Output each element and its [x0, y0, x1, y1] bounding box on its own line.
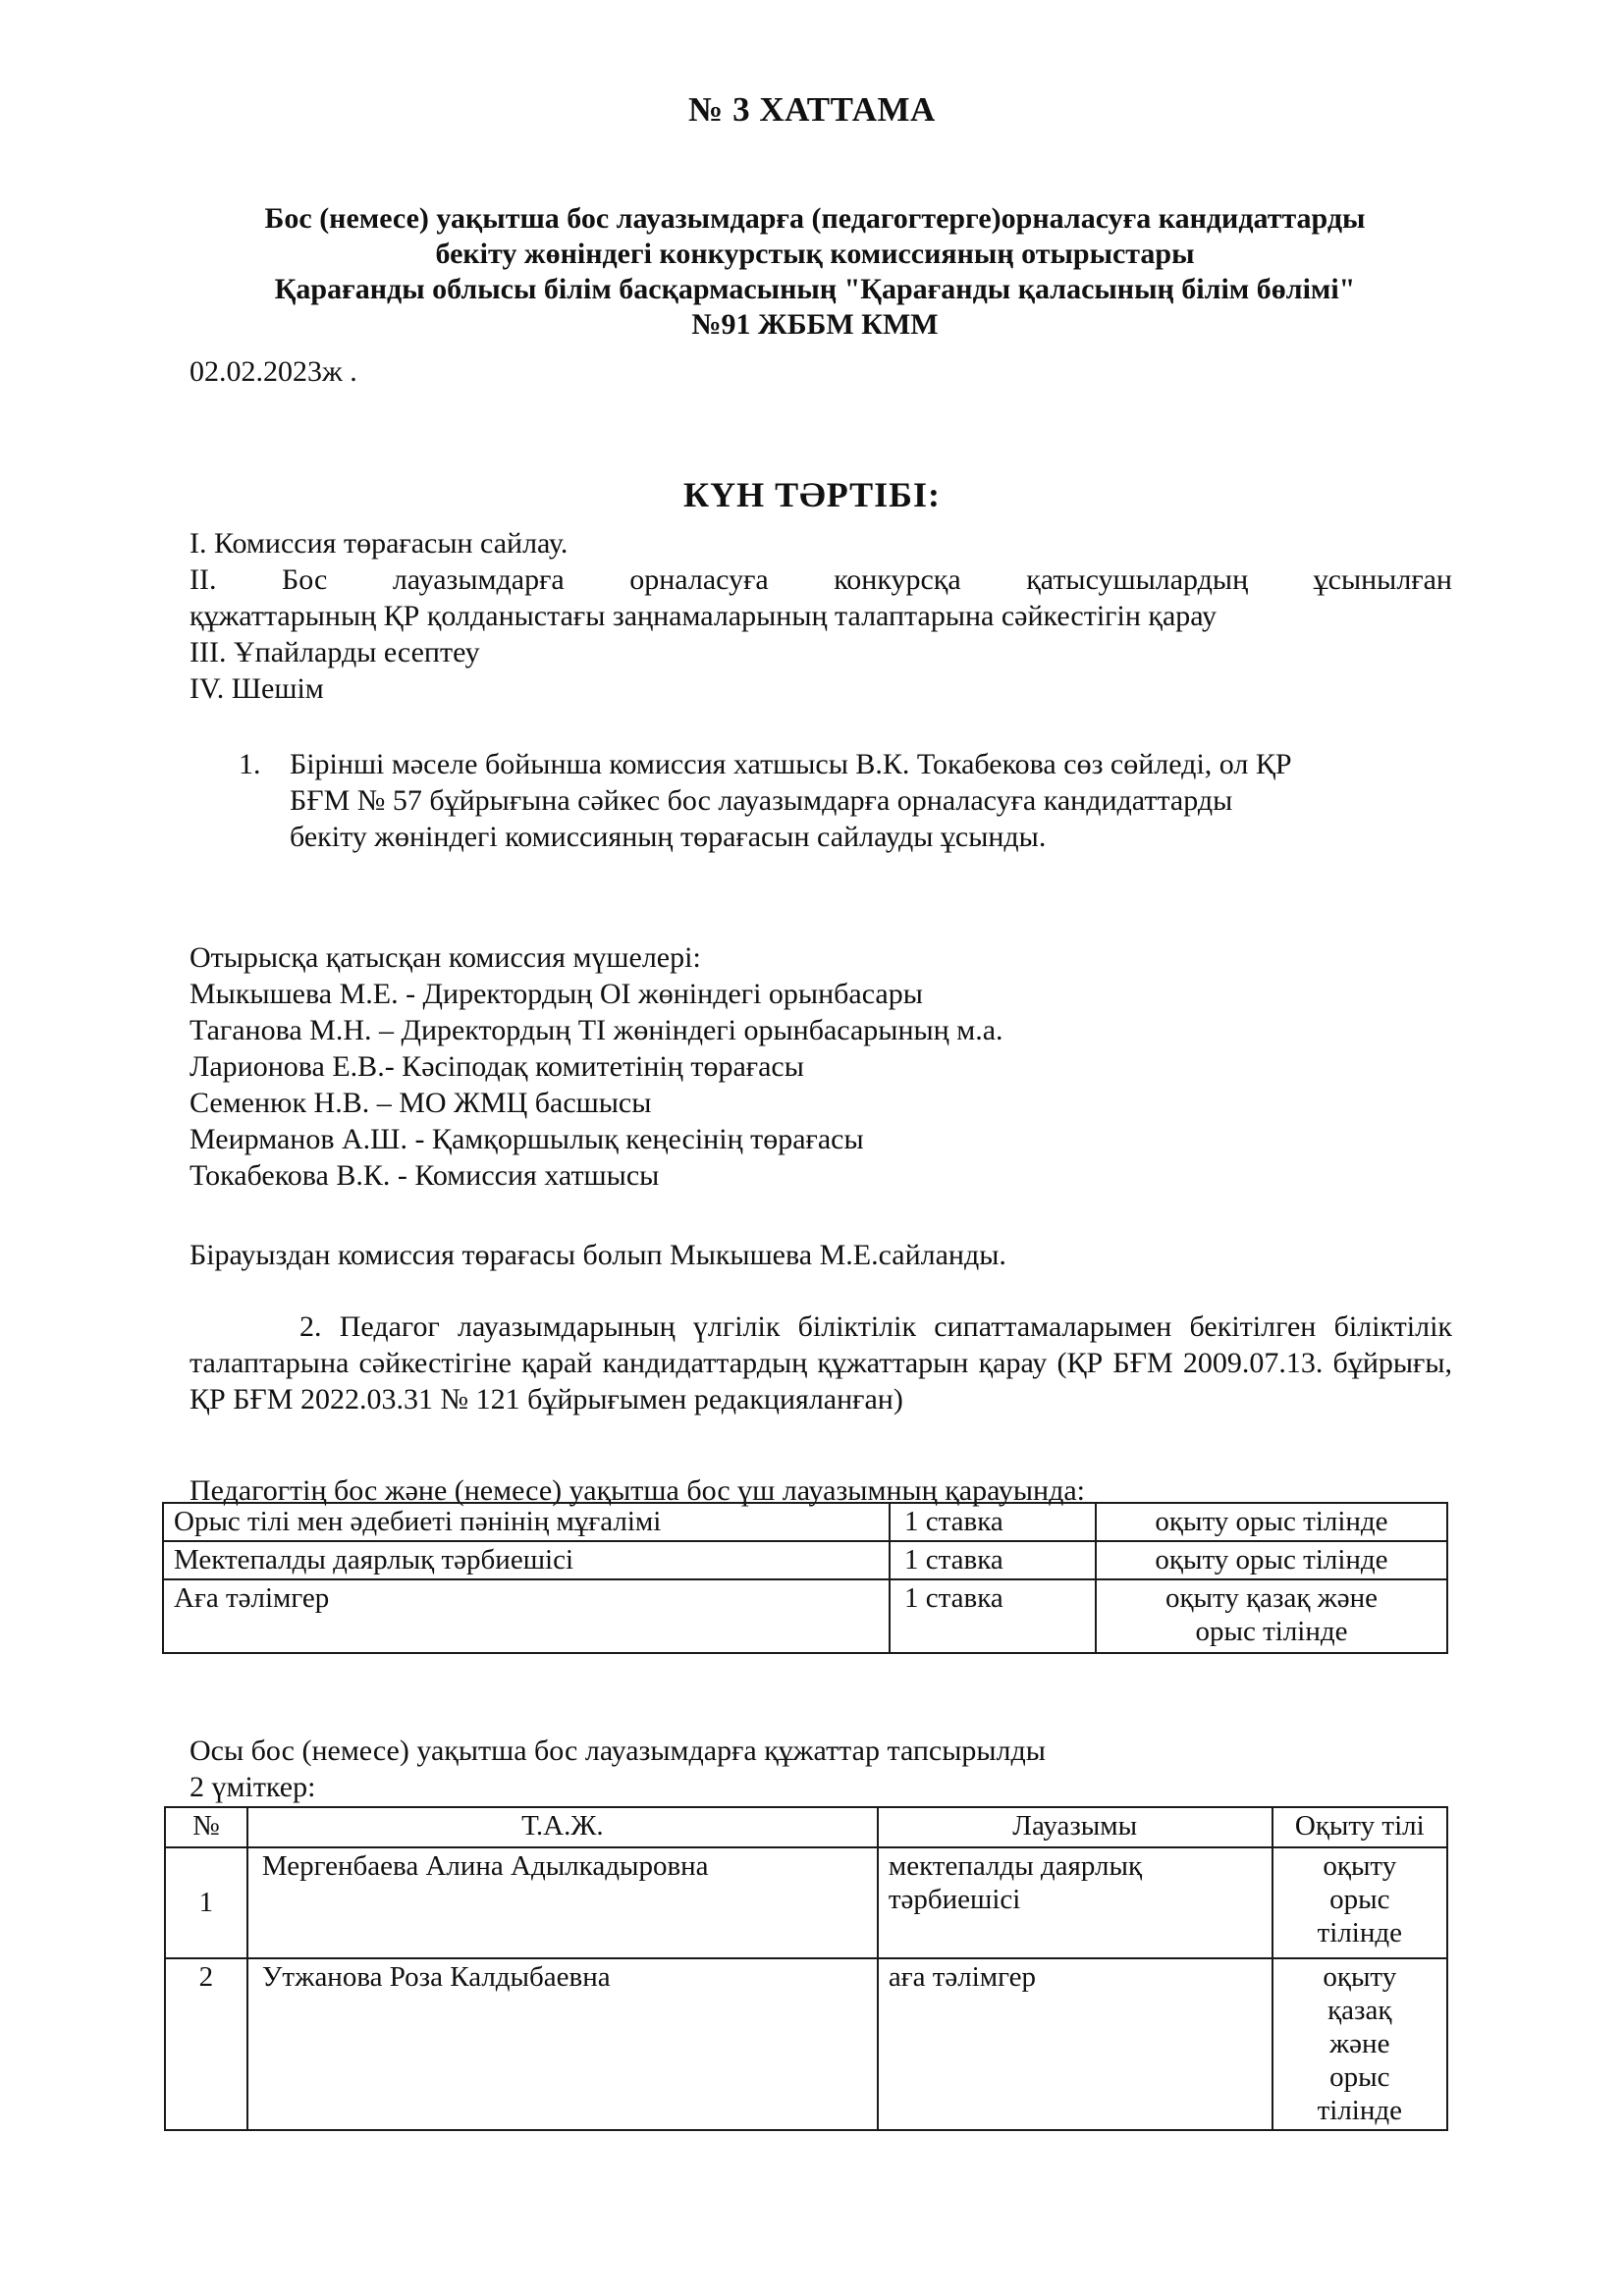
- header-name: Т.А.Ж.: [247, 1807, 878, 1847]
- member: Семенюк Н.В. – МО ЖМЦ басшысы: [189, 1085, 1368, 1121]
- subheading-line: №91 ЖББМ КММ: [177, 307, 1453, 343]
- vacancy-language: оқыту орыс тілінде: [1096, 1503, 1447, 1541]
- item-number: 1.: [239, 746, 261, 782]
- agenda-list: I. Комиссия төрағасын сайлау. II. Бос ла…: [189, 525, 1452, 707]
- agenda-item-continuation: құжаттарының ҚР қолданыстағы заңнамалары…: [189, 598, 1452, 634]
- agenda-item: I. Комиссия төрағасын сайлау.: [189, 525, 1452, 561]
- candidate-num: 2: [165, 1958, 247, 2130]
- subheading-line: Бос (немесе) уақытша бос лауазымдарға (п…: [177, 201, 1453, 237]
- vacancy-position: Орыс тілі мен әдебиеті пәнінің мұғалімі: [163, 1503, 890, 1541]
- table-row: Мектепалды даярлық тәрбиешісі 1 ставка о…: [163, 1541, 1447, 1579]
- agenda-item: IV. Шешім: [189, 670, 1452, 707]
- agenda-item: III. Ұпайларды есептеу: [189, 634, 1452, 670]
- member: Меирманов А.Ш. - Қамқоршылық кеңесінің т…: [189, 1121, 1368, 1157]
- vacancy-language: оқыту қазақ және орыс тілінде: [1096, 1579, 1447, 1653]
- item-line: бекіту жөніндегі комиссияның төрағасын с…: [290, 819, 1458, 855]
- item-line: Бірінші мәселе бойынша комиссия хатшысы …: [290, 746, 1458, 782]
- member: Таганова М.Н. – Директордың ТІ жөніндегі…: [189, 1012, 1368, 1048]
- item-line: БҒМ № 57 бұйрығына сәйкес бос лауазымдар…: [290, 782, 1458, 819]
- candidate-language: оқыту орыс тілінде: [1272, 1847, 1447, 1958]
- table-header-row: № Т.А.Ж. Лауазымы Оқыту тілі: [165, 1807, 1447, 1847]
- table-row: Орыс тілі мен әдебиеті пәнінің мұғалімі …: [163, 1503, 1447, 1541]
- table-row: 2 Утжанова Роза Калдыбаевна аға тәлімгер…: [165, 1958, 1447, 2130]
- item-text: Бірінші мәселе бойынша комиссия хатшысы …: [290, 746, 1458, 855]
- subheading-line: бекіту жөніндегі конкурстық комиссияның …: [177, 237, 1453, 272]
- vacancy-rate: 1 ставка: [890, 1503, 1096, 1541]
- vacancies-table: Орыс тілі мен әдебиеті пәнінің мұғалімі …: [162, 1502, 1448, 1654]
- agenda-item: II. Бос лауазымдарға орналасуға конкурсқ…: [189, 561, 1452, 598]
- vacancy-rate: 1 ставка: [890, 1579, 1096, 1653]
- member: Мыкышева М.Е. - Директордың ОІ жөніндегі…: [189, 976, 1368, 1012]
- header-num: №: [165, 1807, 247, 1847]
- subheading-line: Қарағанды облысы білім басқармасының "Қа…: [177, 272, 1453, 307]
- header-position: Лауазымы: [878, 1807, 1272, 1847]
- item-2-text: 2. Педагог лауазымдарының үлгілік білікт…: [189, 1308, 1452, 1417]
- candidates-caption: Осы бос (немесе) уақытша бос лауазымдарғ…: [189, 1733, 1046, 1769]
- candidate-name: Мергенбаева Алина Адылкадыровна: [247, 1847, 878, 1958]
- document-title: № 3 ХАТТАМА: [0, 90, 1624, 130]
- candidate-language: оқыту қазақ және орыс тілінде: [1272, 1958, 1447, 2130]
- vacancy-position: Мектепалды даярлық тәрбиешісі: [163, 1541, 890, 1579]
- header-language: Оқыту тілі: [1272, 1807, 1447, 1847]
- table-row: 1 Мергенбаева Алина Адылкадыровна мектеп…: [165, 1847, 1447, 1958]
- candidates-table: № Т.А.Ж. Лауазымы Оқыту тілі 1 Мергенбае…: [164, 1806, 1448, 2131]
- candidate-name: Утжанова Роза Калдыбаевна: [247, 1958, 878, 2130]
- candidate-position: мектепалды даярлық тәрбиешісі: [878, 1847, 1272, 1958]
- vacancy-rate: 1 ставка: [890, 1541, 1096, 1579]
- member: Ларионова Е.В.- Кәсіподақ комитетінің тө…: [189, 1048, 1368, 1085]
- table-row: Аға тәлімгер 1 ставка оқыту қазақ және о…: [163, 1579, 1447, 1653]
- candidate-num: 1: [165, 1847, 247, 1958]
- candidates-count: 2 үміткер:: [189, 1769, 315, 1805]
- document-subheading: Бос (немесе) уақытша бос лауазымдарға (п…: [177, 201, 1453, 343]
- member: Токабекова В.К. - Комиссия хатшысы: [189, 1157, 1368, 1194]
- vacancy-position: Аға тәлімгер: [163, 1579, 890, 1653]
- commission-members: Отырысқа қатысқан комиссия мүшелері: Мык…: [189, 939, 1368, 1194]
- candidate-position: аға тәлімгер: [878, 1958, 1272, 2130]
- numbered-item-2: 2. Педагог лауазымдарының үлгілік білікт…: [189, 1308, 1452, 1417]
- vacancy-language: оқыту орыс тілінде: [1096, 1541, 1447, 1579]
- document-date: 02.02.2023ж .: [189, 353, 357, 390]
- members-heading: Отырысқа қатысқан комиссия мүшелері:: [189, 939, 1368, 976]
- chair-elected-statement: Бірауыздан комиссия төрағасы болып Мыкыш…: [189, 1237, 1006, 1273]
- agenda-heading: КҮН ТӘРТІБІ:: [0, 474, 1624, 515]
